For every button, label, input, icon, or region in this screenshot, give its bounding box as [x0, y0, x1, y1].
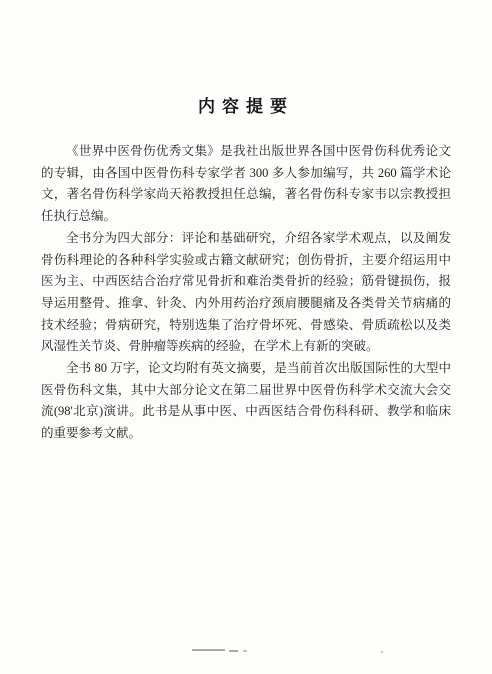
scanned-book-page: 内容提要 《世界中医骨伤优秀文集》是我社出版世界各国中医骨伤科优秀论文的专辑，由…: [0, 0, 492, 674]
paragraph-1: 《世界中医骨伤优秀文集》是我社出版世界各国中医骨伤科优秀论文的专辑，由各国中医骨…: [41, 141, 451, 228]
scan-artifact-dash-small: [243, 650, 247, 652]
paragraph-2: 全书分为四大部分：评论和基础研究，介绍各家学术观点，以及阐发骨伤科理论的各种科学…: [41, 228, 451, 358]
paragraph-3: 全书 80 万字，论文均附有英文摘要，是当前首次出版国际性的大型中医骨伤科文集，…: [41, 358, 451, 445]
scan-artifact-line: [192, 649, 225, 651]
page-title: 内容提要: [0, 92, 492, 117]
scan-artifact-dot: [381, 651, 383, 653]
summary-text-block: 《世界中医骨伤优秀文集》是我社出版世界各国中医骨伤科优秀论文的专辑，由各国中医骨…: [41, 141, 451, 445]
scan-artifact-dash: [229, 650, 238, 652]
